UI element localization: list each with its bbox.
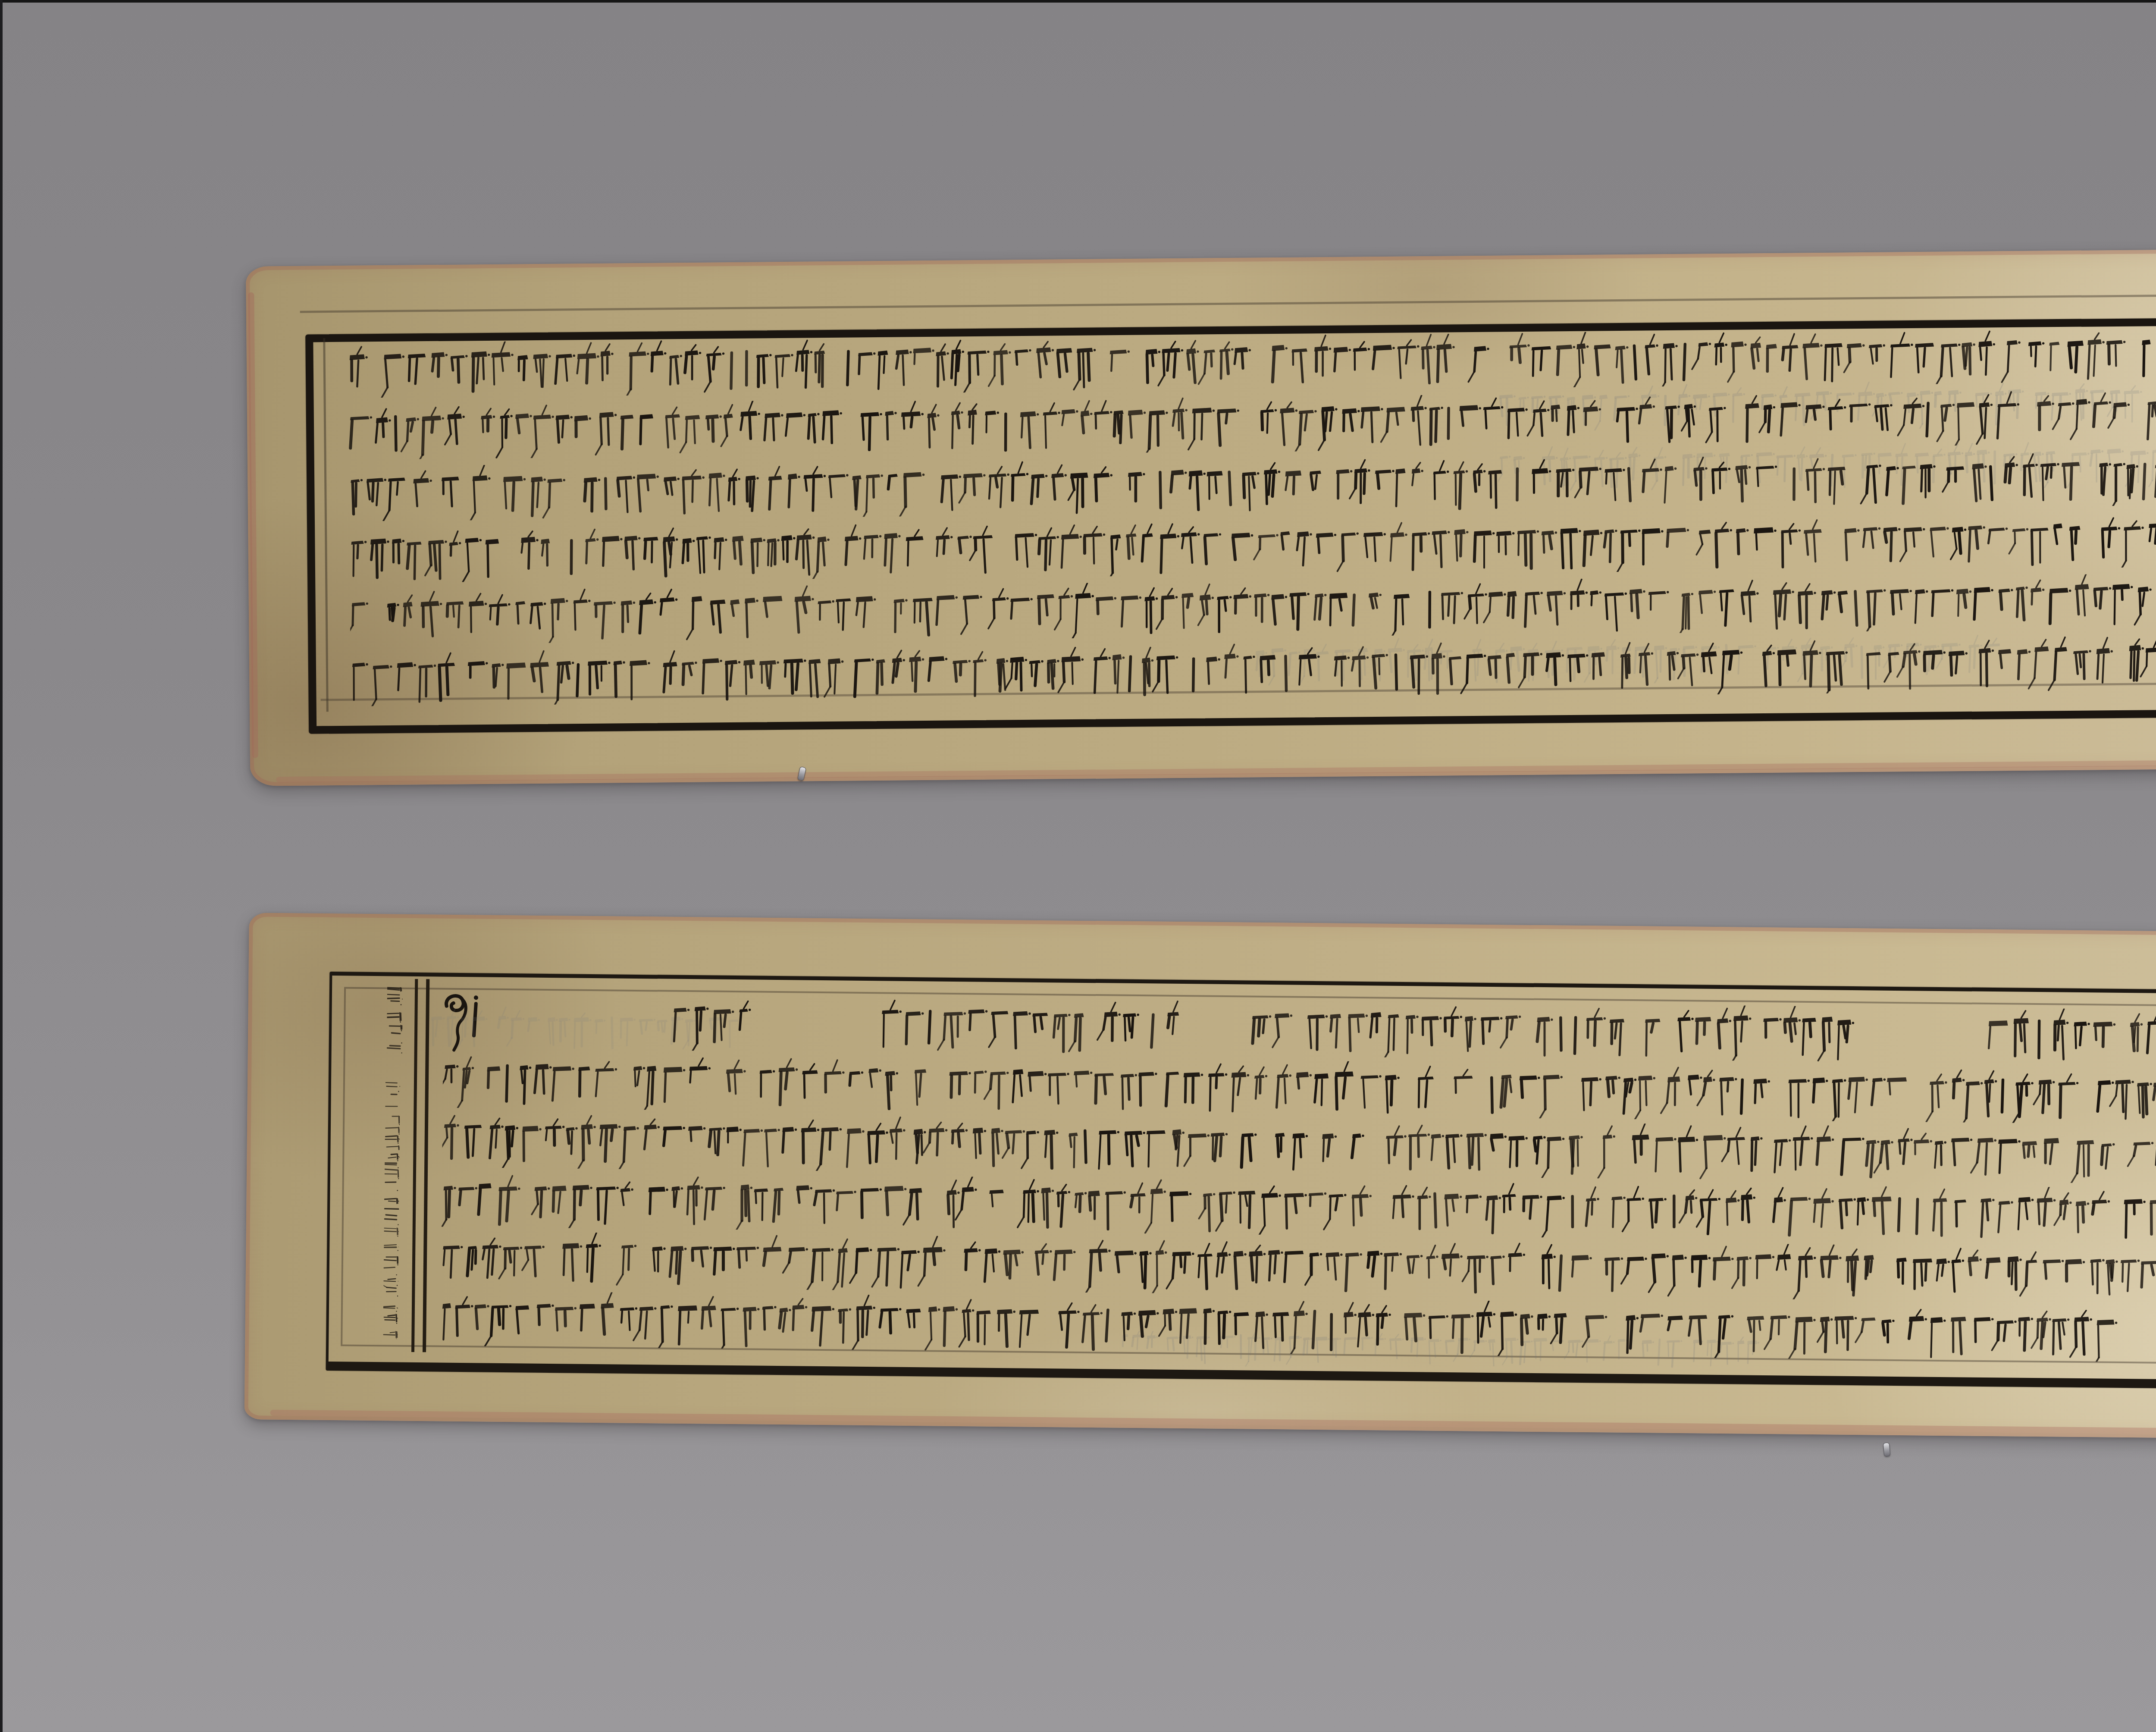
margin-annotation-vertical: ཕྱི་ཆོས [387,985,403,1054]
frame-rule-thin-top [300,294,2156,313]
red-dyed-edge-left [248,292,258,758]
script-strokes-svg [387,985,403,1054]
red-dyed-edge-bottom [276,759,2156,782]
photo-edge-strip-left [0,0,3,1732]
margin-annotation-vertical: བཀའ་བརྒྱུད་ཉ་མཚན་ཕྱག་ཆེན་ལྡེ [383,1080,400,1339]
script-strokes-svg [383,1080,400,1339]
mounting-pin [1883,1442,1891,1456]
photo-edge-strip-top [0,0,2156,3]
manuscript-leaf-bottom: ཕྱི་ཆོས བཀའ་བརྒྱུད་ཉ་མཚན་ཕྱག་ཆེན་ལྡེ ༄༅།… [244,913,2156,1440]
red-dyed-edge-bottom [270,1410,2156,1436]
manuscript-leaf-top: ཏུ་ར་ཡུལ་བའི་བར་ཟག་ལ་ཞལ་ཆེ་མས་ཡོད་པར་བགྲ… [246,248,2156,786]
